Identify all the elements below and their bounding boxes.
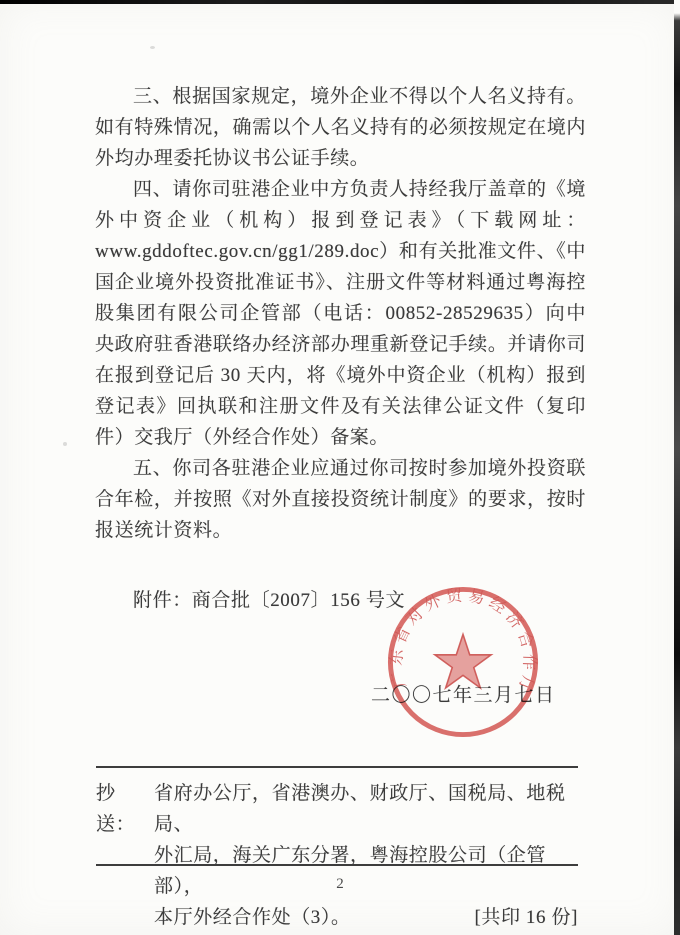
cc-row: 抄送： 省府办公厅，省港澳办、财政厅、国税局、地税局、 (96, 778, 578, 840)
paragraph-item-5: 五、你司各驻港企业应通过你司按时参加境外投资联合年检，并按照《对外直接投资统计制… (95, 453, 586, 546)
page-number: 2 (0, 876, 680, 893)
scan-artifact-top-edge (0, 0, 680, 4)
cc-line-3: 本厅外经合作处（3）。 (154, 902, 351, 933)
cc-line-1: 省府办公厅，省港澳办、财政厅、国税局、地税局、 (154, 778, 578, 840)
cc-last-row: 本厅外经合作处（3）。 [共印 16 份] (96, 902, 578, 933)
document-body: 三、根据国家规定，境外企业不得以个人名义持有。如有特殊情况，确需以个人名义持有的… (95, 81, 586, 546)
official-seal: 广东省对外贸易经济合作厅 (384, 583, 542, 741)
cc-label: 抄送： (96, 778, 154, 840)
paragraph-item-3: 三、根据国家规定，境外企业不得以个人名义持有。如有特殊情况，确需以个人名义持有的… (95, 81, 586, 174)
seal-star-icon (435, 634, 491, 688)
cc-block: 抄送： 省府办公厅，省港澳办、财政厅、国税局、地税局、 外汇局，海关广东分署，粤… (96, 778, 578, 933)
paragraph-item-4: 四、请你司驻港企业中方负责人持经我厅盖章的《境外中资企业（机构）报到登记表》（下… (95, 174, 586, 453)
scan-artifact-right-edge (674, 0, 680, 935)
scan-speck (150, 46, 155, 49)
copies-note: [共印 16 份] (474, 902, 578, 933)
footer-separator-top (96, 766, 578, 768)
scanned-document-page: 三、根据国家规定，境外企业不得以个人名义持有。如有特殊情况，确需以个人名义持有的… (0, 0, 680, 935)
footer-separator-bottom (96, 864, 578, 866)
scan-speck (63, 442, 67, 446)
